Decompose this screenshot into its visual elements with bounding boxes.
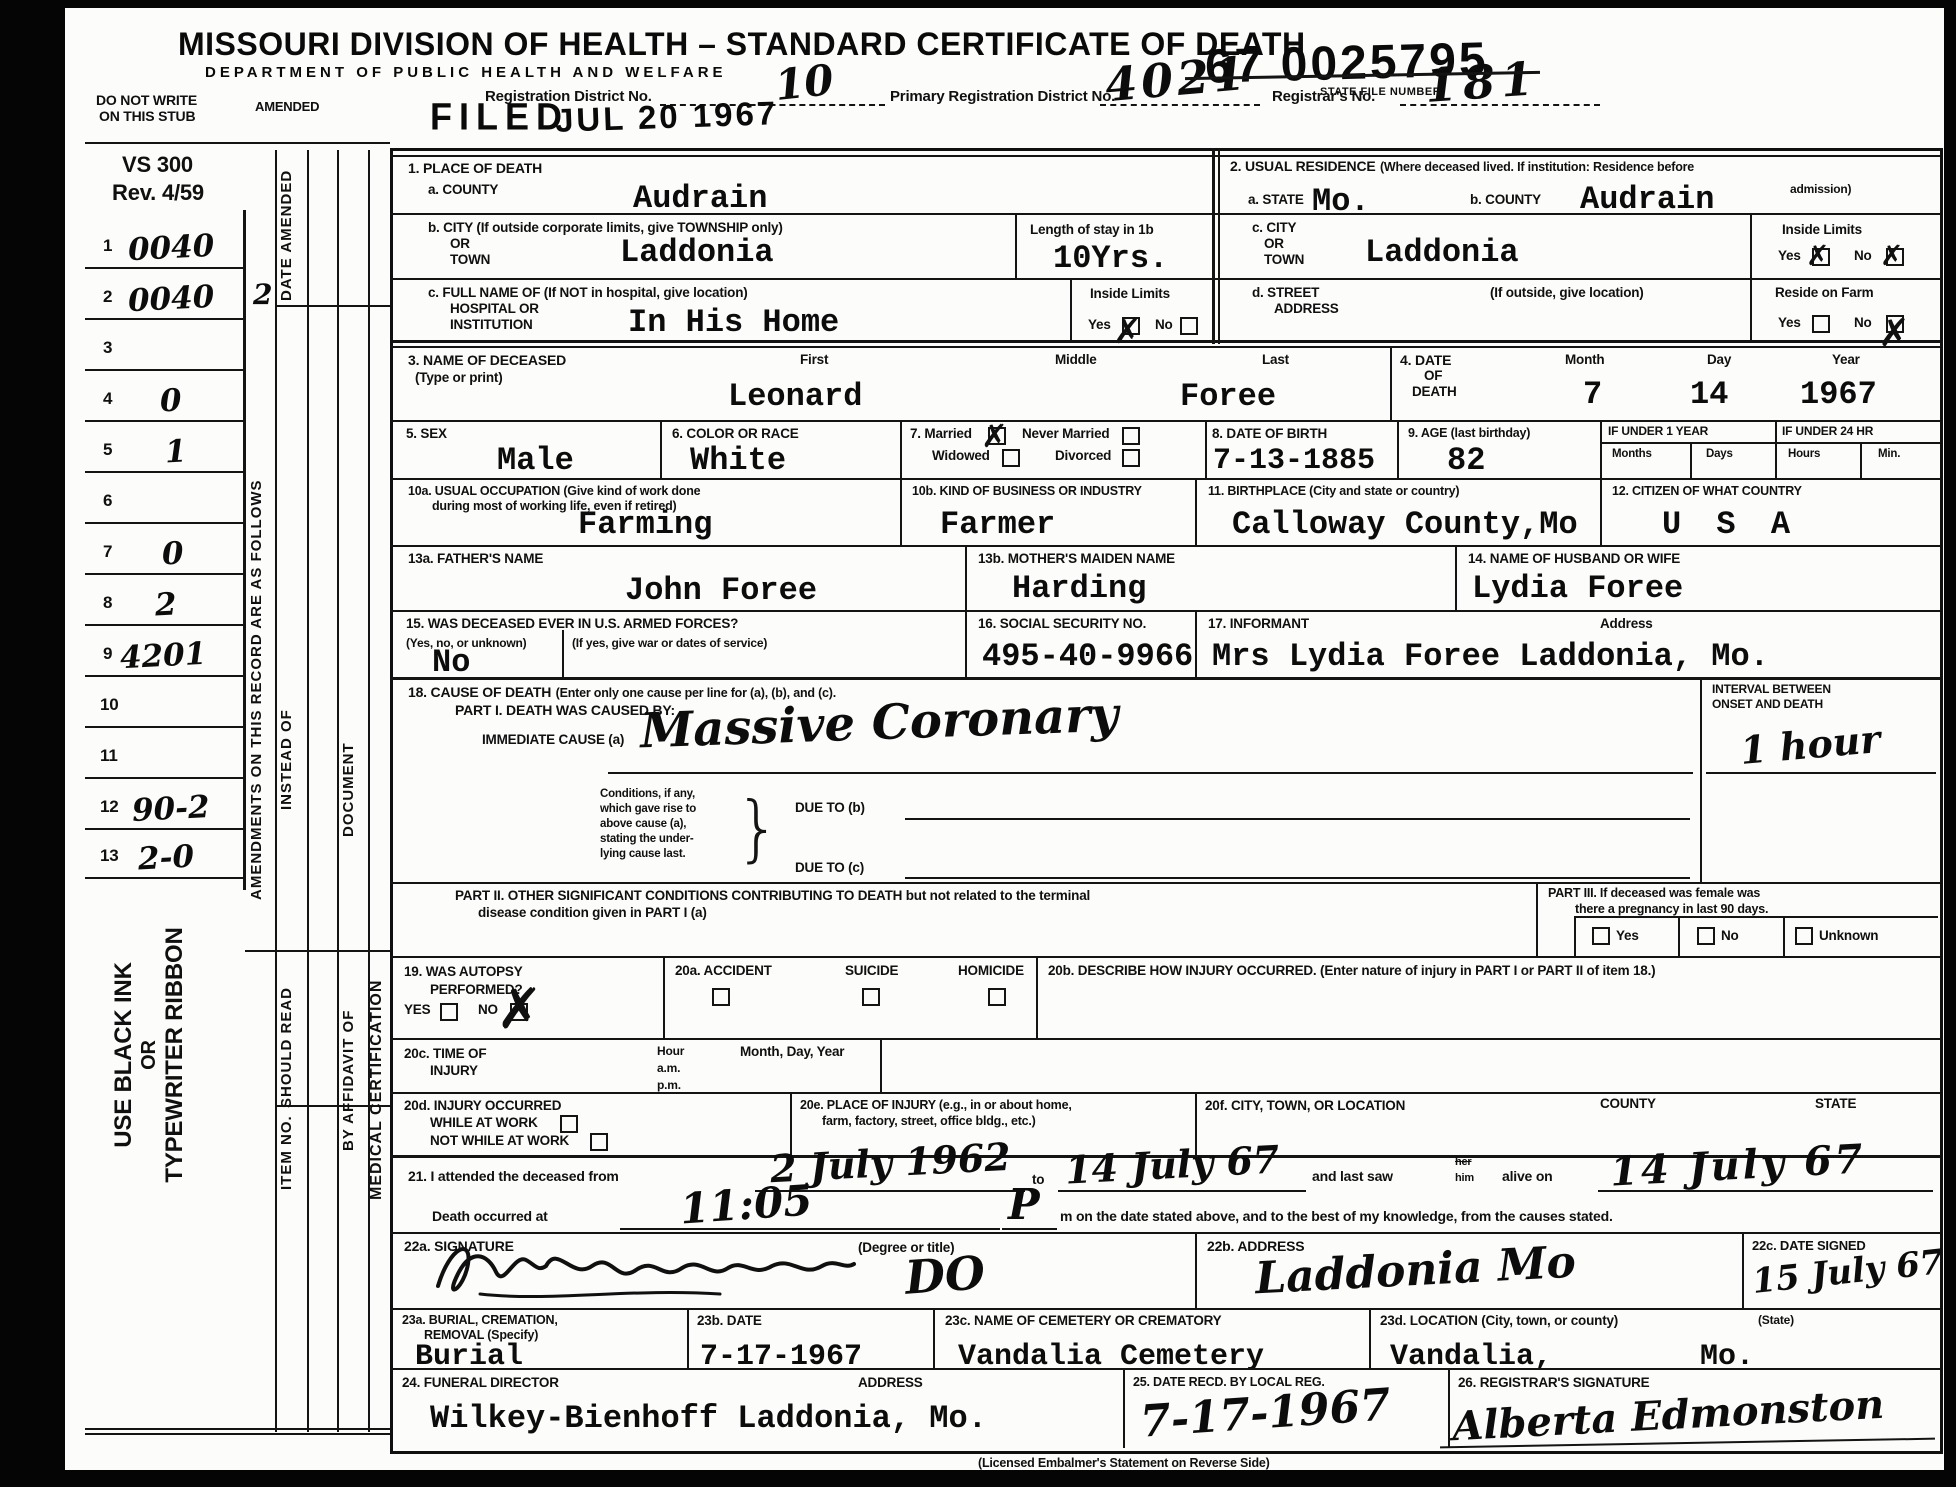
residence-city-label: c. CITY: [1252, 220, 1296, 235]
age-label: 9. AGE (last birthday): [1408, 426, 1530, 440]
hours-header: Hours: [1788, 448, 1820, 460]
cause-of-death-label: 18. CAUSE OF DEATH: [408, 684, 551, 700]
divider: [1783, 916, 1785, 956]
stub-row-val: 2: [154, 586, 177, 623]
ampm-underline: [1002, 1228, 1057, 1230]
time-of-injury-label-1: 20c. TIME OF: [404, 1046, 486, 1061]
name-of-deceased-label: 3. NAME OF DECEASED: [408, 352, 566, 368]
cemetery-location-label: 23d. LOCATION (City, town, or county): [1380, 1313, 1618, 1328]
alive-underline: [1598, 1190, 1933, 1192]
hospital-label-3: INSTITUTION: [450, 317, 533, 332]
rule: [390, 1308, 1940, 1310]
last-saw-text: and last saw: [1312, 1168, 1393, 1184]
usual-residence-header: 2. USUAL RESIDENCE (Where deceased lived…: [1230, 158, 1694, 176]
street-address-label-2: ADDRESS: [1274, 301, 1339, 316]
date-of-birth-value: 7-13-1885: [1213, 444, 1375, 478]
stub-row-val: 2-0: [137, 839, 195, 878]
while-at-work-label: WHILE AT WORK: [430, 1115, 538, 1130]
inside-limits-2-no: No: [1854, 248, 1872, 263]
inside-limits-2-label: Inside Limits: [1782, 222, 1862, 237]
business-value: Farmer: [940, 506, 1055, 543]
divider: [965, 610, 967, 677]
divider: [1678, 916, 1680, 956]
stub-row-rule: [85, 267, 245, 269]
date-of-death-label-1: 4. DATE: [1400, 352, 1451, 368]
residence-state-label: a. STATE: [1248, 192, 1304, 207]
due-to-c-label: DUE TO (c): [795, 860, 864, 875]
date-of-death-label-3: DEATH: [1412, 384, 1457, 399]
divider: [965, 545, 967, 610]
stub-row-val: 0040: [127, 228, 215, 268]
last-header: Last: [1262, 352, 1289, 367]
rule: [390, 545, 1940, 547]
type-or-print-note: (Type or print): [415, 370, 503, 385]
describe-injury-label: 20b. DESCRIBE HOW INJURY OCCURRED. (Ente…: [1048, 963, 1655, 978]
inside-limits-1c-no-checkbox: [1180, 317, 1198, 335]
due-to-b-label: DUE TO (b): [795, 800, 865, 815]
her-word: her: [1455, 1156, 1472, 1168]
divider: [1775, 420, 1777, 478]
rule: [390, 420, 1940, 422]
divider: [1195, 610, 1197, 677]
due-c-underline: [905, 877, 1690, 879]
birthplace-value: Calloway County,Mo: [1232, 506, 1578, 543]
stub-row-rule: [85, 877, 245, 879]
physician-signature-script: [430, 1228, 860, 1306]
row1-bottom-rule: [390, 340, 1940, 343]
death-year-value: 1967: [1800, 376, 1877, 413]
alive-on-text: alive on: [1502, 1168, 1553, 1184]
date-of-birth-label: 8. DATE OF BIRTH: [1212, 426, 1327, 441]
death-month-value: 7: [1583, 376, 1602, 413]
citizen-value: U S A: [1662, 506, 1798, 543]
divider: [933, 1308, 935, 1368]
divider: [1036, 956, 1038, 1038]
amendments-vertical-label: AMENDMENTS ON THIS RECORD ARE AS FOLLOWS: [248, 430, 265, 950]
stub-row-num: 6: [103, 491, 112, 511]
place-of-injury-label-2: farm, factory, street, office bldg., etc…: [822, 1114, 1036, 1128]
conditions-line-2: which gave rise to: [600, 803, 696, 815]
autopsy-yes-checkbox: [440, 1003, 458, 1021]
length-of-stay-value: 10Yrs.: [1053, 240, 1168, 277]
pregnancy-unknown-checkbox: [1795, 927, 1813, 945]
divider: [1600, 420, 1602, 478]
residence-city-value: Laddonia: [1365, 234, 1519, 271]
stub-row-num: 9: [103, 644, 112, 664]
stub-row-num: 3: [103, 338, 112, 358]
pregnancy-no-label: No: [1721, 928, 1739, 943]
rule: [390, 1368, 1940, 1370]
death-day-value: 14: [1690, 376, 1728, 413]
age-value: 82: [1447, 442, 1485, 479]
informant-value: Mrs Lydia Foree Laddonia, Mo.: [1212, 638, 1769, 675]
armed-forces-label: 15. WAS DECEASED EVER IN U.S. ARMED FORC…: [406, 616, 738, 631]
stub-row-rule: [85, 624, 245, 626]
street-address-note: (If outside, give location): [1490, 285, 1644, 300]
stub-row-num: 12: [100, 797, 119, 817]
rule: [390, 677, 1940, 680]
stub-row-num: 2: [103, 287, 112, 307]
rule: [390, 1038, 1940, 1040]
attended-text: 21. I attended the deceased from: [408, 1168, 619, 1184]
citizen-label: 12. CITIZEN OF WHAT COUNTRY: [1612, 484, 1802, 498]
divider: [1455, 545, 1457, 610]
informant-address-header: Address: [1600, 616, 1653, 631]
rule: [390, 956, 1940, 958]
row1-bottom-rule-2: [390, 346, 1940, 348]
divider: [1123, 1368, 1125, 1448]
usual-residence-note: (Where deceased lived. If institution: R…: [1380, 160, 1694, 174]
day-header: Day: [1707, 352, 1731, 367]
rule: [1600, 442, 1940, 444]
degree-value: DO: [903, 1245, 987, 1304]
part3-label-2: there a pregnancy in last 90 days.: [1575, 902, 1768, 916]
stub-row-rule: [85, 828, 245, 830]
city-or: OR: [450, 236, 470, 251]
rule: [1574, 916, 1938, 918]
residence-city-or: OR: [1264, 236, 1284, 251]
stub-divider: [243, 210, 246, 890]
place-of-death-label: 1. PLACE OF DEATH: [408, 160, 542, 176]
amended-header: AMENDED: [255, 99, 319, 114]
should-read-vertical-label: SHOULD READ: [278, 985, 295, 1110]
autopsy-no-xmark: ✗: [496, 982, 543, 1038]
stub-row-num: 11: [100, 746, 118, 766]
while-at-work-checkbox: [560, 1115, 578, 1133]
stub-row-val: 4201: [119, 636, 207, 676]
hospital-value: In His Home: [628, 304, 839, 341]
occupation-label: 10a. USUAL OCCUPATION (Give kind of work…: [408, 484, 700, 498]
accident-label: 20a. ACCIDENT: [675, 963, 772, 978]
stub-row-rule: [85, 369, 245, 371]
stub-row-rule: [85, 777, 245, 779]
inside-limits-1c-yes: Yes: [1088, 317, 1111, 332]
rule: [390, 882, 1940, 884]
funeral-director-label: 24. FUNERAL DIRECTOR: [402, 1375, 559, 1390]
stub-row-val: 0: [159, 382, 182, 419]
months-header: Months: [1612, 448, 1652, 460]
last-name-value: Foree: [1180, 378, 1276, 415]
county-label: a. COUNTY: [428, 182, 498, 197]
stub-row-rule: [85, 573, 245, 575]
funeral-address-header: ADDRESS: [858, 1375, 923, 1390]
residence-city-town: TOWN: [1264, 252, 1304, 267]
divider: [1397, 420, 1399, 478]
time-of-injury-label-2: INJURY: [430, 1063, 478, 1078]
divorced-checkbox: [1122, 449, 1140, 467]
homicide-checkbox: [988, 988, 1006, 1006]
never-married-label: Never Married: [1022, 426, 1109, 441]
hospital-label-2: HOSPITAL OR: [450, 301, 539, 316]
divider: [660, 420, 662, 478]
reg-district-value: 10: [773, 55, 836, 110]
do-not-write-2: ON THIS STUB: [99, 108, 195, 124]
stub-row-rule: [85, 726, 245, 728]
divider: [1195, 1232, 1197, 1308]
stub-row-val: 0: [161, 535, 184, 572]
stub-row-num: 10: [100, 695, 119, 715]
him-word: him: [1455, 1172, 1474, 1184]
residence-county-value: Audrain: [1580, 181, 1714, 218]
document-vertical-label: DOCUMENT: [340, 690, 357, 890]
divider: [1070, 278, 1072, 342]
stub-row-num: 13: [100, 846, 119, 866]
color-race-label: 6. COLOR OR RACE: [672, 426, 799, 441]
stub-form-rev: Rev. 4/59: [112, 180, 204, 206]
stub-row-rule: [85, 318, 245, 320]
city-town: TOWN: [450, 252, 490, 267]
hospital-label: c. FULL NAME OF (If NOT in hospital, giv…: [428, 285, 748, 300]
by-affidavit-vertical-label: BY AFFIDAVIT OF: [340, 980, 357, 1180]
color-race-value: White: [690, 442, 786, 479]
street-address-label: d. STREET: [1252, 285, 1319, 300]
stub-header-rule: [85, 142, 390, 144]
death-occurred-text: Death occurred at: [432, 1208, 548, 1224]
death-statement-text: m on the date stated above, and to the b…: [1060, 1208, 1613, 1224]
interval-label-2: ONSET AND DEATH: [1712, 697, 1823, 711]
spouse-value: Lydia Foree: [1472, 570, 1683, 607]
not-while-at-work-label: NOT WHILE AT WORK: [430, 1133, 569, 1148]
burial-date-label: 23b. DATE: [697, 1313, 762, 1328]
primary-district-label: Primary Registration District No.: [890, 88, 1115, 105]
county-value: Audrain: [633, 180, 767, 217]
box1-box2-divider-2: [1218, 148, 1220, 344]
form-top-double: [390, 155, 1940, 157]
farm-yes-checkbox: [1812, 315, 1830, 333]
accident-checkbox: [712, 988, 730, 1006]
stub-row-val: 0040: [127, 279, 215, 319]
stub-rule: [85, 1428, 390, 1430]
injury-state-header: STATE: [1815, 1096, 1856, 1111]
death-ampm-value: P: [1008, 1180, 1040, 1229]
cause-underline: [608, 772, 1693, 774]
residence-county-label: b. COUNTY: [1470, 192, 1541, 207]
year-header: Year: [1832, 352, 1860, 367]
stub-divider: [275, 150, 277, 1432]
divider: [900, 478, 902, 545]
divider: [1536, 882, 1538, 956]
department-line: DEPARTMENT OF PUBLIC HEALTH AND WELFARE: [205, 64, 727, 81]
injury-city-label: 20f. CITY, TOWN, OR LOCATION: [1205, 1098, 1405, 1113]
widowed-checkbox: [1002, 449, 1020, 467]
suicide-checkbox: [862, 988, 880, 1006]
inside-limits-1c-no: No: [1155, 317, 1173, 332]
part2-label: PART II. OTHER SIGNIFICANT CONDITIONS CO…: [455, 888, 1090, 903]
armed-forces-note-2: (If yes, give war or dates of service): [572, 636, 767, 650]
item-no-vertical-label: ITEM NO.: [278, 1108, 295, 1198]
medical-certification-vertical-label: MEDICAL CERTIFICATION: [368, 870, 386, 1310]
stub-row-rule: [85, 420, 245, 422]
place-of-injury-label-1: 20e. PLACE OF INJURY (e.g., in or about …: [800, 1098, 1072, 1112]
stub-row-rule: [85, 522, 245, 524]
father-name-value: John Foree: [625, 572, 817, 609]
stub-divider: [307, 150, 309, 1432]
embalmer-note: (Licensed Embalmer's Statement on Revers…: [978, 1456, 1270, 1470]
inside-limits-2-yes-xmark: ✗: [1806, 242, 1829, 270]
autopsy-no-label: NO: [478, 1002, 498, 1017]
state-file-label: STATE FILE NUMBER: [1320, 86, 1441, 98]
part2-label-2: disease condition given in PART I (a): [478, 905, 707, 920]
pregnancy-no-checkbox: [1697, 927, 1715, 945]
do-not-write-1: DO NOT WRITE: [96, 92, 197, 108]
injury-county-header: COUNTY: [1600, 1096, 1656, 1111]
divider: [1448, 1368, 1450, 1448]
divider: [1750, 213, 1752, 342]
divider: [1195, 478, 1197, 545]
first-name-value: Leonard: [728, 378, 862, 415]
residence-state-value: Mo.: [1312, 183, 1370, 220]
stub-row2-extra: 2: [253, 278, 272, 311]
stub-divider: [337, 150, 339, 1432]
use-black-ink-block: USE BLACK INK OR TYPEWRITER RIBBON: [110, 905, 220, 1205]
autopsy-yes-label: YES: [404, 1002, 430, 1017]
inside-limits-2-no-xmark: ✗: [1880, 242, 1903, 270]
date-of-death-label-2: OF: [1424, 368, 1442, 383]
reside-on-farm-label: Reside on Farm: [1775, 285, 1873, 300]
min-header: Min.: [1878, 448, 1900, 460]
city-value: Laddonia: [620, 234, 774, 271]
date-amended-vertical-label: DATE AMENDED: [278, 160, 295, 310]
ink-line-1: USE BLACK INK: [110, 905, 138, 1205]
ssn-value: 495-40-9966: [982, 638, 1193, 675]
divider: [1390, 346, 1392, 420]
conditions-brace: }: [735, 786, 781, 870]
ink-line-3: TYPEWRITER RIBBON: [161, 905, 189, 1205]
usual-residence-label: 2. USUAL RESIDENCE: [1230, 158, 1376, 174]
divider: [562, 630, 564, 677]
stub-row-num: 5: [103, 440, 112, 460]
conditions-line-3: above cause (a),: [600, 818, 686, 830]
divider: [1700, 677, 1702, 882]
stub-rule: [85, 1433, 390, 1435]
sex-label: 5. SEX: [406, 426, 447, 441]
divider: [1205, 420, 1207, 478]
pregnancy-unknown-label: Unknown: [1819, 928, 1878, 943]
stub-row-num: 1: [103, 236, 112, 256]
spouse-label: 14. NAME OF HUSBAND OR WIFE: [1468, 551, 1680, 566]
mother-maiden-value: Harding: [1012, 570, 1146, 607]
armed-forces-value: No: [432, 644, 470, 681]
birthplace-label: 11. BIRTHPLACE (City and state or countr…: [1208, 484, 1459, 498]
conditions-line-5: lying cause last.: [600, 848, 685, 860]
death-certificate-scan: MISSOURI DIVISION OF HEALTH – STANDARD C…: [0, 0, 1956, 1487]
never-married-checkbox: [1122, 427, 1140, 445]
hour-label: Hour: [657, 1044, 684, 1058]
divorced-label: Divorced: [1055, 448, 1111, 463]
due-b-underline: [905, 818, 1690, 820]
inside-limits-1c-label: Inside Limits: [1090, 286, 1170, 301]
length-of-stay-label: Length of stay in 1b: [1030, 222, 1154, 237]
stub-row-num: 4: [103, 389, 112, 409]
state-note: (State): [1758, 1313, 1794, 1327]
stub-row-rule: [85, 675, 245, 677]
stub-row-val: 1: [164, 433, 187, 470]
cemetery-label: 23c. NAME OF CEMETERY OR CREMATORY: [945, 1313, 1222, 1328]
divider: [900, 420, 902, 478]
ssn-label: 16. SOCIAL SECURITY NO.: [978, 616, 1146, 631]
mother-maiden-label: 13b. MOTHER'S MAIDEN NAME: [978, 551, 1175, 566]
rule: [390, 1092, 1940, 1094]
usual-residence-note-2: admission): [1790, 182, 1851, 196]
rule: [390, 278, 1940, 280]
stub-row-rule: [85, 471, 245, 473]
divider: [880, 1038, 882, 1092]
ink-line-2: OR: [138, 905, 161, 1205]
interval-label-1: INTERVAL BETWEEN: [1712, 682, 1831, 696]
suicide-label: SUICIDE: [845, 963, 898, 978]
divider: [1574, 916, 1576, 956]
not-while-at-work-checkbox: [590, 1133, 608, 1151]
interval-underline: [1706, 772, 1936, 774]
middle-header: Middle: [1055, 352, 1097, 367]
business-label: 10b. KIND OF BUSINESS OR INDUSTRY: [912, 484, 1142, 498]
month-header: Month: [1565, 352, 1604, 367]
burial-label: 23a. BURIAL, CREMATION,: [402, 1313, 558, 1327]
rule: [390, 478, 1940, 480]
injury-occurred-label: 20d. INJURY OCCURRED: [404, 1098, 561, 1113]
instead-of-vertical-label: INSTEAD OF: [278, 705, 295, 815]
conditions-line-4: stating the under-: [600, 833, 694, 845]
box1-box2-divider: [1212, 148, 1215, 344]
immediate-cause-label: IMMEDIATE CAUSE (a): [482, 732, 624, 747]
filed-date-stamp: JUL 20 1967: [554, 94, 778, 140]
stub-row-num: 7: [103, 542, 112, 562]
registrar-signature-label: 26. REGISTRAR'S SIGNATURE: [1458, 1375, 1650, 1390]
rule: [390, 610, 1940, 612]
divider: [1369, 1308, 1371, 1368]
attended-underline-2: [1058, 1190, 1306, 1192]
married-label: 7. Married: [910, 426, 972, 441]
farm-no: No: [1854, 315, 1872, 330]
pregnancy-yes-checkbox: [1592, 927, 1610, 945]
if-under-24-hr-label: IF UNDER 24 HR: [1782, 424, 1873, 438]
pm-label: p.m.: [657, 1078, 681, 1092]
inside-limits-2-yes: Yes: [1778, 248, 1801, 263]
divider: [687, 1308, 689, 1368]
divider: [1742, 1232, 1744, 1308]
widowed-label: Widowed: [932, 448, 990, 463]
homicide-label: HOMICIDE: [958, 963, 1024, 978]
divider: [663, 956, 665, 1038]
divider: [1860, 442, 1862, 478]
if-under-1-year-label: IF UNDER 1 YEAR: [1608, 424, 1708, 438]
divider: [1600, 478, 1602, 545]
month-day-year-label: Month, Day, Year: [740, 1044, 844, 1059]
inside-limits-1c-yes-xmark: ✗: [1113, 315, 1142, 349]
first-header: First: [800, 352, 828, 367]
funeral-director-value: Wilkey-Bienhoff Laddonia, Mo.: [430, 1400, 987, 1437]
days-header: Days: [1706, 448, 1733, 460]
stub-row-num: 8: [103, 593, 112, 613]
occupation-value: Farming: [578, 506, 712, 543]
pregnancy-yes-label: Yes: [1616, 928, 1639, 943]
stub-row-val: 90-2: [131, 789, 210, 829]
father-name-label: 13a. FATHER'S NAME: [408, 551, 543, 566]
am-label: a.m.: [657, 1061, 680, 1075]
part3-label: PART III. If deceased was female was: [1548, 886, 1760, 900]
sex-value: Male: [497, 442, 574, 479]
divider: [1015, 213, 1017, 278]
informant-label: 17. INFORMANT: [1208, 616, 1309, 631]
conditions-line-1: Conditions, if any,: [600, 788, 695, 800]
city-label: b. CITY (If outside corporate limits, gi…: [428, 220, 783, 235]
divider: [1690, 442, 1692, 478]
filed-stamp: FILED: [430, 95, 569, 139]
death-time-value: 11:05: [678, 1175, 814, 1233]
farm-yes: Yes: [1778, 315, 1801, 330]
stub-form-number: VS 300: [122, 152, 193, 178]
